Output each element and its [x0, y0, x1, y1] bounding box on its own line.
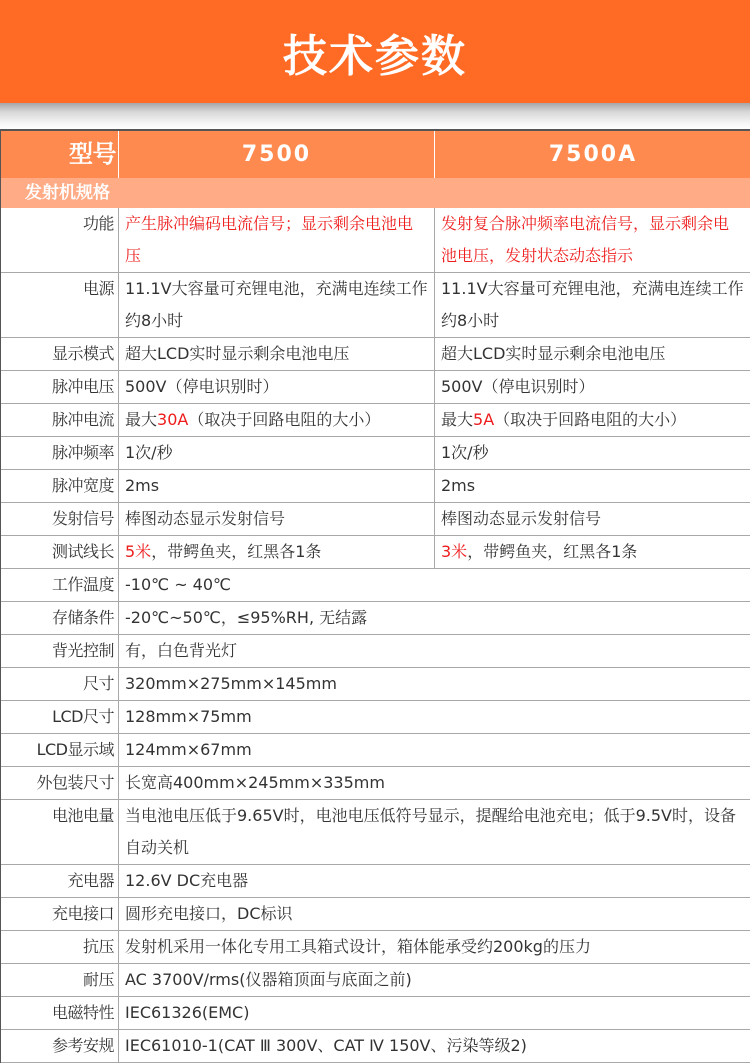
- text-segment: 1次/秒: [125, 443, 173, 462]
- spec-value-7500a: 3米，带鳄鱼夹，红黑各1条: [435, 536, 750, 568]
- spec-label: 功能: [1, 208, 119, 272]
- model-7500a-header: 7500A: [435, 131, 750, 178]
- spec-value-7500: 2ms: [119, 470, 435, 502]
- spec-row: 电池电量当电池电压低于9.65V时，电池电压低符号显示，提醒给电池充电；低于9.…: [1, 800, 750, 865]
- spec-row: 电源11.1V大容量可充锂电池，充满电连续工作约8小时11.1V大容量可充锂电池…: [1, 273, 750, 338]
- text-segment: 超大LCD实时显示剩余电池电压: [125, 344, 349, 363]
- spec-value-7500: 500V（停电识别时）: [119, 371, 435, 403]
- spec-label: 测试线长: [1, 536, 119, 568]
- spec-value-7500: 产生脉冲编码电流信号；显示剩余电池电压: [119, 208, 435, 272]
- spec-value-7500a: 2ms: [435, 470, 750, 502]
- spec-row: 存储条件-20℃~50℃，≤95%RH, 无结露: [1, 602, 750, 635]
- spec-value-7500a: 发射复合脉冲频率电流信号，显示剩余电池电压，发射状态动态指示: [435, 208, 750, 272]
- spec-label: 存储条件: [1, 602, 119, 634]
- highlight-text: 5A: [473, 410, 494, 429]
- spec-value-7500a: 超大LCD实时显示剩余电池电压: [435, 338, 750, 370]
- text-segment: 棒图动态显示发射信号: [125, 509, 285, 528]
- spec-value: 128mm×75mm: [119, 701, 750, 733]
- spec-value: 124mm×67mm: [119, 734, 750, 766]
- spec-value-7500a: 最大5A（取决于回路电阻的大小）: [435, 404, 750, 436]
- spec-row: 工作温度-10℃ ~ 40℃: [1, 569, 750, 602]
- spec-value-7500a: 500V（停电识别时）: [435, 371, 750, 403]
- spec-value: 长宽高400mm×245mm×335mm: [119, 767, 750, 799]
- spec-label: 抗压: [1, 931, 119, 963]
- spec-label: 脉冲电流: [1, 404, 119, 436]
- spec-value-7500: 最大30A（取决于回路电阻的大小）: [119, 404, 435, 436]
- spec-label: 发射信号: [1, 503, 119, 535]
- spec-label: LCD尺寸: [1, 701, 119, 733]
- spec-row: 耐压AC 3700V/rms(仪器箱顶面与底面之前): [1, 964, 750, 997]
- spec-row: 抗压发射机采用一体化专用工具箱式设计，箱体能承受约200kg的压力: [1, 931, 750, 964]
- text-segment: 500V（停电识别时）: [441, 377, 595, 396]
- spec-row: LCD显示域124mm×67mm: [1, 734, 750, 767]
- spec-value-7500a: 1次/秒: [435, 437, 750, 469]
- spec-value: 320mm×275mm×145mm: [119, 668, 750, 700]
- text-segment: 2ms: [125, 476, 159, 495]
- spec-label: 背光控制: [1, 635, 119, 667]
- spec-label: 外包装尺寸: [1, 767, 119, 799]
- spec-row: 脉冲宽度2ms2ms: [1, 470, 750, 503]
- text-segment: ，带鳄鱼夹，红黑各1条: [151, 542, 321, 561]
- text-segment: 最大: [125, 410, 157, 429]
- spec-label: 电源: [1, 273, 119, 337]
- text-segment: 最大: [441, 410, 473, 429]
- spec-value: AC 3700V/rms(仪器箱顶面与底面之前): [119, 964, 750, 996]
- spec-value-7500: 超大LCD实时显示剩余电池电压: [119, 338, 435, 370]
- spec-row: 测试线长5米，带鳄鱼夹，红黑各1条3米，带鳄鱼夹，红黑各1条: [1, 536, 750, 569]
- highlight-text: 3米: [441, 542, 467, 561]
- section-row-transmitter: 发射机规格: [1, 178, 750, 208]
- text-segment: 500V（停电识别时）: [125, 377, 279, 396]
- banner-shadow: [0, 103, 750, 129]
- text-segment: ，带鳄鱼夹，红黑各1条: [467, 542, 637, 561]
- spec-label: 显示模式: [1, 338, 119, 370]
- spec-row: 充电接口圆形充电接口，DC标识: [1, 898, 750, 931]
- spec-row: 参考安规IEC61010-1(CAT Ⅲ 300V、CAT Ⅳ 150V、污染等…: [1, 1030, 750, 1043]
- text-segment: 11.1V大容量可充锂电池，充满电连续工作约8小时: [125, 279, 428, 330]
- spec-value-7500a: 11.1V大容量可充锂电池，充满电连续工作约8小时: [435, 273, 750, 337]
- spec-value-7500: 1次/秒: [119, 437, 435, 469]
- text-segment: 棒图动态显示发射信号: [441, 509, 601, 528]
- spec-value: -20℃~50℃，≤95%RH, 无结露: [119, 602, 750, 634]
- model-label: 型号: [1, 131, 119, 178]
- spec-row: 功能产生脉冲编码电流信号；显示剩余电池电压发射复合脉冲频率电流信号，显示剩余电池…: [1, 208, 750, 273]
- spec-label: 参考安规: [1, 1030, 119, 1043]
- spec-value-7500: 11.1V大容量可充锂电池，充满电连续工作约8小时: [119, 273, 435, 337]
- text-segment: （取决于回路电阻的大小）: [494, 410, 686, 429]
- spec-row: 脉冲电压500V（停电识别时）500V（停电识别时）: [1, 371, 750, 404]
- spec-row: 背光控制有，白色背光灯: [1, 635, 750, 668]
- spec-label: 电磁特性: [1, 997, 119, 1029]
- spec-row: 电磁特性IEC61326(EMC): [1, 997, 750, 1030]
- spec-value: 有，白色背光灯: [119, 635, 750, 667]
- spec-value-7500: 5米，带鳄鱼夹，红黑各1条: [119, 536, 435, 568]
- spec-label: 尺寸: [1, 668, 119, 700]
- split-rows: 功能产生脉冲编码电流信号；显示剩余电池电压发射复合脉冲频率电流信号，显示剩余电池…: [1, 208, 750, 569]
- spec-label: 脉冲频率: [1, 437, 119, 469]
- spec-label: 充电接口: [1, 898, 119, 930]
- spec-value-7500: 棒图动态显示发射信号: [119, 503, 435, 535]
- title-banner: 技术参数: [0, 0, 750, 103]
- spec-row: 脉冲电流最大30A（取决于回路电阻的大小）最大5A（取决于回路电阻的大小）: [1, 404, 750, 437]
- spec-row: 尺寸320mm×275mm×145mm: [1, 668, 750, 701]
- spec-value: 当电池电压低于9.65V时，电池电压低符号显示，提醒给电池充电；低于9.5V时，…: [119, 800, 750, 864]
- spec-row: 外包装尺寸长宽高400mm×245mm×335mm: [1, 767, 750, 800]
- model-header-row: 型号 7500 7500A: [1, 131, 750, 178]
- model-7500-header: 7500: [119, 131, 435, 178]
- spec-row: 充电器12.6V DC充电器: [1, 865, 750, 898]
- highlight-text: 5米: [125, 542, 151, 561]
- text-segment: 2ms: [441, 476, 475, 495]
- spec-value: 发射机采用一体化专用工具箱式设计，箱体能承受约200kg的压力: [119, 931, 750, 963]
- page-title: 技术参数: [283, 20, 467, 84]
- spec-value: IEC61326(EMC): [119, 997, 750, 1029]
- spec-row: 脉冲频率1次/秒1次/秒: [1, 437, 750, 470]
- highlight-text: 30A: [157, 410, 188, 429]
- spec-label: 耐压: [1, 964, 119, 996]
- spec-label: 充电器: [1, 865, 119, 897]
- spec-row: LCD尺寸128mm×75mm: [1, 701, 750, 734]
- spec-row: 显示模式超大LCD实时显示剩余电池电压超大LCD实时显示剩余电池电压: [1, 338, 750, 371]
- spec-value-7500a: 棒图动态显示发射信号: [435, 503, 750, 535]
- highlight-text: 发射复合脉冲频率电流信号，显示剩余电池电压，发射状态动态指示: [441, 214, 729, 265]
- spec-label: 脉冲宽度: [1, 470, 119, 502]
- spec-label: 工作温度: [1, 569, 119, 601]
- spec-row: 发射信号棒图动态显示发射信号棒图动态显示发射信号: [1, 503, 750, 536]
- spec-value: -10℃ ~ 40℃: [119, 569, 750, 601]
- spec-label: 脉冲电压: [1, 371, 119, 403]
- spec-value: 圆形充电接口，DC标识: [119, 898, 750, 930]
- spec-table: 型号 7500 7500A 发射机规格 功能产生脉冲编码电流信号；显示剩余电池电…: [0, 129, 750, 1043]
- spec-value: 12.6V DC充电器: [119, 865, 750, 897]
- text-segment: 1次/秒: [441, 443, 489, 462]
- section-title: 发射机规格: [1, 178, 116, 208]
- text-segment: 超大LCD实时显示剩余电池电压: [441, 344, 665, 363]
- text-segment: （取决于回路电阻的大小）: [188, 410, 380, 429]
- spec-label: 电池电量: [1, 800, 119, 864]
- highlight-text: 产生脉冲编码电流信号；显示剩余电池电压: [125, 214, 413, 265]
- merged-rows: 工作温度-10℃ ~ 40℃存储条件-20℃~50℃，≤95%RH, 无结露背光…: [1, 569, 750, 1043]
- text-segment: 11.1V大容量可充锂电池，充满电连续工作约8小时: [441, 279, 744, 330]
- spec-label: LCD显示域: [1, 734, 119, 766]
- spec-value: IEC61010-1(CAT Ⅲ 300V、CAT Ⅳ 150V、污染等级2): [119, 1030, 750, 1043]
